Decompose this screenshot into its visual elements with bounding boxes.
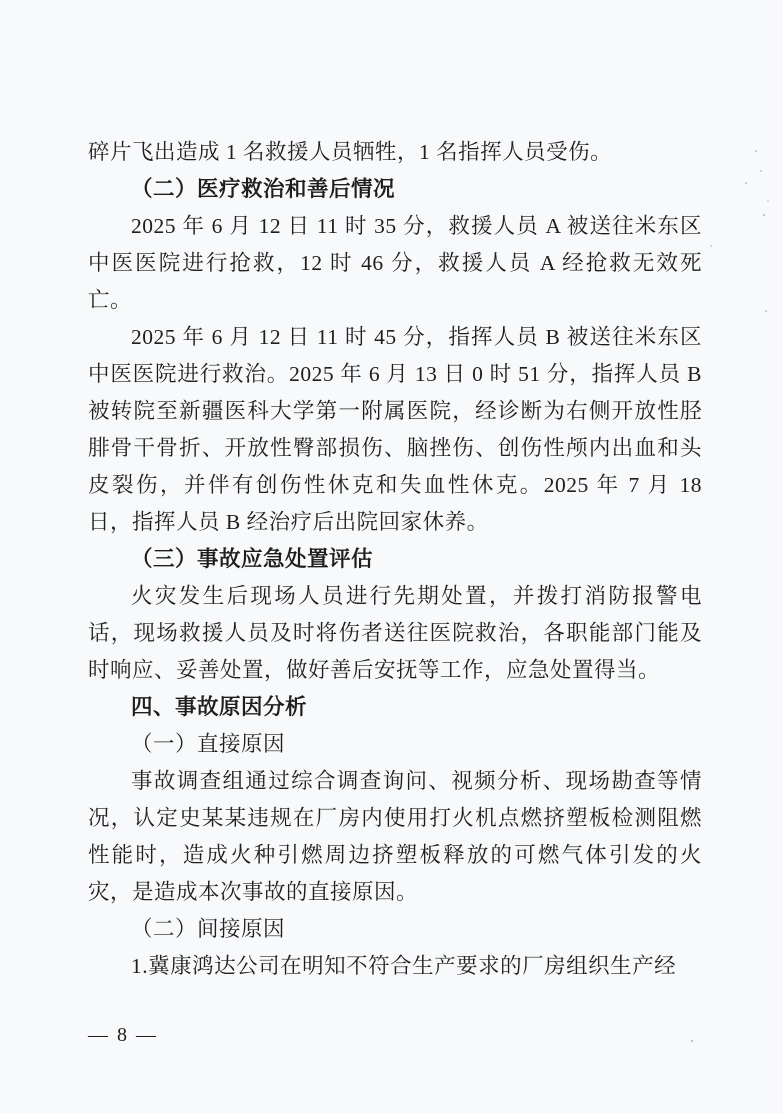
section-heading-medical-treatment: （二）医疗救治和善后情况 <box>88 171 702 208</box>
paragraph-commander-b: 2025 年 6 月 12 日 11 时 45 分，指挥人员 B 被送往米东区中… <box>88 319 702 541</box>
paragraph-direct-cause: 事故调查组通过综合调查询问、视频分析、现场勘查等情况，认定史某某违规在厂房内使用… <box>88 763 702 911</box>
paragraph-carryover: 碎片飞出造成 1 名救援人员牺牲，1 名指挥人员受伤。 <box>88 134 702 171</box>
scanned-document-page: 碎片飞出造成 1 名救援人员牺牲，1 名指挥人员受伤。 （二）医疗救治和善后情况… <box>0 0 783 1113</box>
paragraph-emergency-response: 火灾发生后现场人员进行先期处置，并拨打消防报警电话，现场救援人员及时将伤者送往医… <box>88 578 702 689</box>
section-heading-indirect-cause: （二）间接原因 <box>88 911 702 948</box>
page-number: — 8 — <box>88 1024 158 1047</box>
document-body: 碎片飞出造成 1 名救援人员牺牲，1 名指挥人员受伤。 （二）医疗救治和善后情况… <box>88 134 702 985</box>
section-heading-emergency-response-evaluation: （三）事故应急处置评估 <box>88 541 702 578</box>
scan-noise-speckles <box>755 150 757 152</box>
chapter-heading-cause-analysis: 四、事故原因分析 <box>88 689 702 726</box>
section-heading-direct-cause: （一）直接原因 <box>88 726 702 763</box>
paragraph-indirect-cause-item1: 1.冀康鸿达公司在明知不符合生产要求的厂房组织生产经 <box>88 948 702 985</box>
paragraph-rescuer-a: 2025 年 6 月 12 日 11 时 35 分，救援人员 A 被送往米东区中… <box>88 208 702 319</box>
